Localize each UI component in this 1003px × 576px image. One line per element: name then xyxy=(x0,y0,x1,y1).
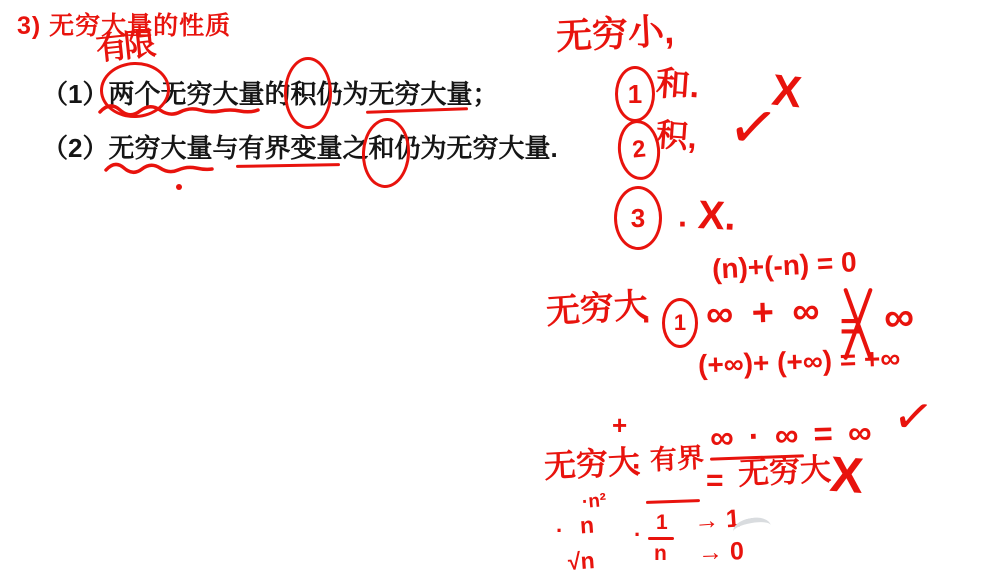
example-n: n xyxy=(579,514,595,538)
bottom-middot: · xyxy=(632,452,642,482)
wavy-underline-2 xyxy=(104,160,214,176)
example-dot-2: · xyxy=(634,524,641,546)
bottom-plus-sup: + xyxy=(612,412,627,438)
wavy-underline-1 xyxy=(98,102,262,118)
example-n-squared: ·n² xyxy=(581,491,607,512)
bottom-youjie: 有界 xyxy=(649,445,704,475)
circled-number-1: 1 xyxy=(615,66,655,122)
circled-number-1-inline: 1 xyxy=(662,298,698,348)
note-wuqiongxiao: 无穷小, xyxy=(555,13,675,55)
bottom-equals: = xyxy=(706,466,724,496)
eq-inf-plus-inf: ∞ + ∞ xyxy=(705,292,824,334)
circle-annotation-ji xyxy=(284,57,332,129)
prod-check-mark: ✓ xyxy=(890,391,937,444)
item2-check-mark: ✓ xyxy=(724,95,782,161)
circled-number-3: 3 xyxy=(614,186,662,250)
inf-result: ∞ xyxy=(883,295,916,339)
fraction-denominator-n: n xyxy=(654,543,667,564)
fraction-numerator-one: 1 xyxy=(656,512,668,533)
item1-text: 和. xyxy=(655,67,701,104)
example-sqrt-n: √n xyxy=(567,549,595,574)
pen-dot xyxy=(176,184,182,190)
underline-yjbl xyxy=(236,163,340,168)
item2-text: 积, xyxy=(655,119,698,154)
label-wuqiongda: 无穷大 xyxy=(545,288,649,329)
handwritten-youxian-note: 有限 xyxy=(94,27,153,65)
fraction-bar xyxy=(648,537,674,540)
item3-x-mark: X. xyxy=(697,195,737,237)
underline-youjie xyxy=(646,499,700,504)
example-dot-1: · xyxy=(556,520,563,542)
eq-n-plus-negn: (n)+(-n) = 0 xyxy=(711,248,857,284)
item3-dot: · xyxy=(678,208,689,240)
middot-1: · xyxy=(642,306,652,336)
arrow-to-zero: → 0 xyxy=(698,539,745,566)
slide-page: 3) 无穷大量的性质 （1）两个无穷大量的积仍为无穷大量； （2）无穷大量与有界… xyxy=(0,0,1003,576)
bottom-result: 无穷大 xyxy=(737,454,831,490)
bottom-wuqiongda: 无穷大 xyxy=(543,446,641,483)
bottom-x-mark: X xyxy=(828,449,865,501)
eq-pinf-plus-pinf: (+∞)+ (+∞) = +∞ xyxy=(698,344,901,379)
